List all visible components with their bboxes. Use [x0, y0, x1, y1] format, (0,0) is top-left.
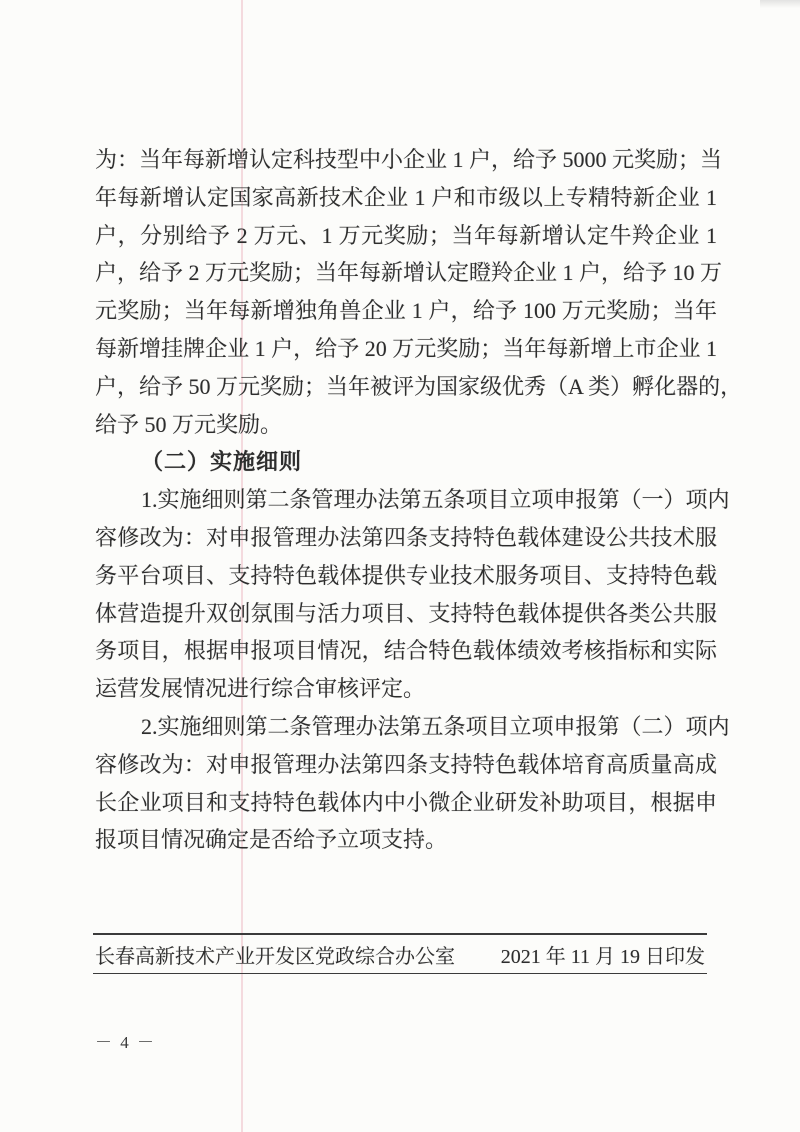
- footer-print-date: 2021 年 11 月 19 日印发: [501, 940, 705, 969]
- footer-issuer: 长春高新技术产业开发区党政综合办公室: [95, 940, 455, 969]
- body-line: 户，给予 2 万元奖励；当年每新增认定瞪羚企业 1 户，给予 10 万: [95, 254, 717, 292]
- body-line: 户，分别给予 2 万元、1 万元奖励；当年每新增认定牛羚企业 1: [95, 217, 717, 255]
- body-line: 为：当年每新增认定科技型中小企业 1 户，给予 5000 元奖励；当: [95, 141, 717, 179]
- body-line: 长企业项目和支持特色载体内中小微企业研发补助项目，根据申: [95, 784, 717, 822]
- body-line: 元奖励；当年每新增独角兽企业 1 户，给予 100 万元奖励；当年: [95, 292, 717, 330]
- body-line: 报项目情况确定是否给予立项支持。: [95, 821, 717, 859]
- body-line: 体营造提升双创氛围与活力项目、支持特色载体提供各类公共服: [95, 595, 717, 633]
- footer-colophon: 长春高新技术产业开发区党政综合办公室 2021 年 11 月 19 日印发: [93, 933, 707, 974]
- body-line: 1.实施细则第二条管理办法第五条项目立项申报第（一）项内: [95, 481, 717, 519]
- section-heading-line: （二）实施细则: [95, 443, 717, 481]
- body-line: 年每新增认定国家高新技术企业 1 户和市级以上专精特新企业 1: [95, 179, 717, 217]
- body-line: 容修改为：对申报管理办法第四条支持特色载体培育高质量高成: [95, 746, 717, 784]
- page-number: － 4 －: [95, 1028, 156, 1053]
- body-line: 2.实施细则第二条管理办法第五条项目立项申报第（二）项内: [95, 708, 717, 746]
- body-line: 每新增挂牌企业 1 户，给予 20 万元奖励；当年每新增上市企业 1: [95, 330, 717, 368]
- body-line: 务项目，根据申报项目情况，结合特色载体绩效考核指标和实际: [95, 632, 717, 670]
- body-line: 给予 50 万元奖励。: [95, 406, 717, 444]
- body-line: 运营发展情况进行综合审核评定。: [95, 670, 717, 708]
- document-body: 为：当年每新增认定科技型中小企业 1 户，给予 5000 元奖励；当 年每新增认…: [95, 141, 717, 859]
- body-line: 户，给予 50 万元奖励；当年被评为国家级优秀（A 类）孵化器的，: [95, 368, 717, 406]
- scan-corner-shadow: [760, 0, 800, 8]
- body-line: 容修改为：对申报管理办法第四条支持特色载体建设公共技术服: [95, 519, 717, 557]
- body-line: 务平台项目、支持特色载体提供专业技术服务项目、支持特色载: [95, 557, 717, 595]
- scanned-document-page: { "colors": { "paper": "#fcfcfa", "ink":…: [0, 0, 800, 1132]
